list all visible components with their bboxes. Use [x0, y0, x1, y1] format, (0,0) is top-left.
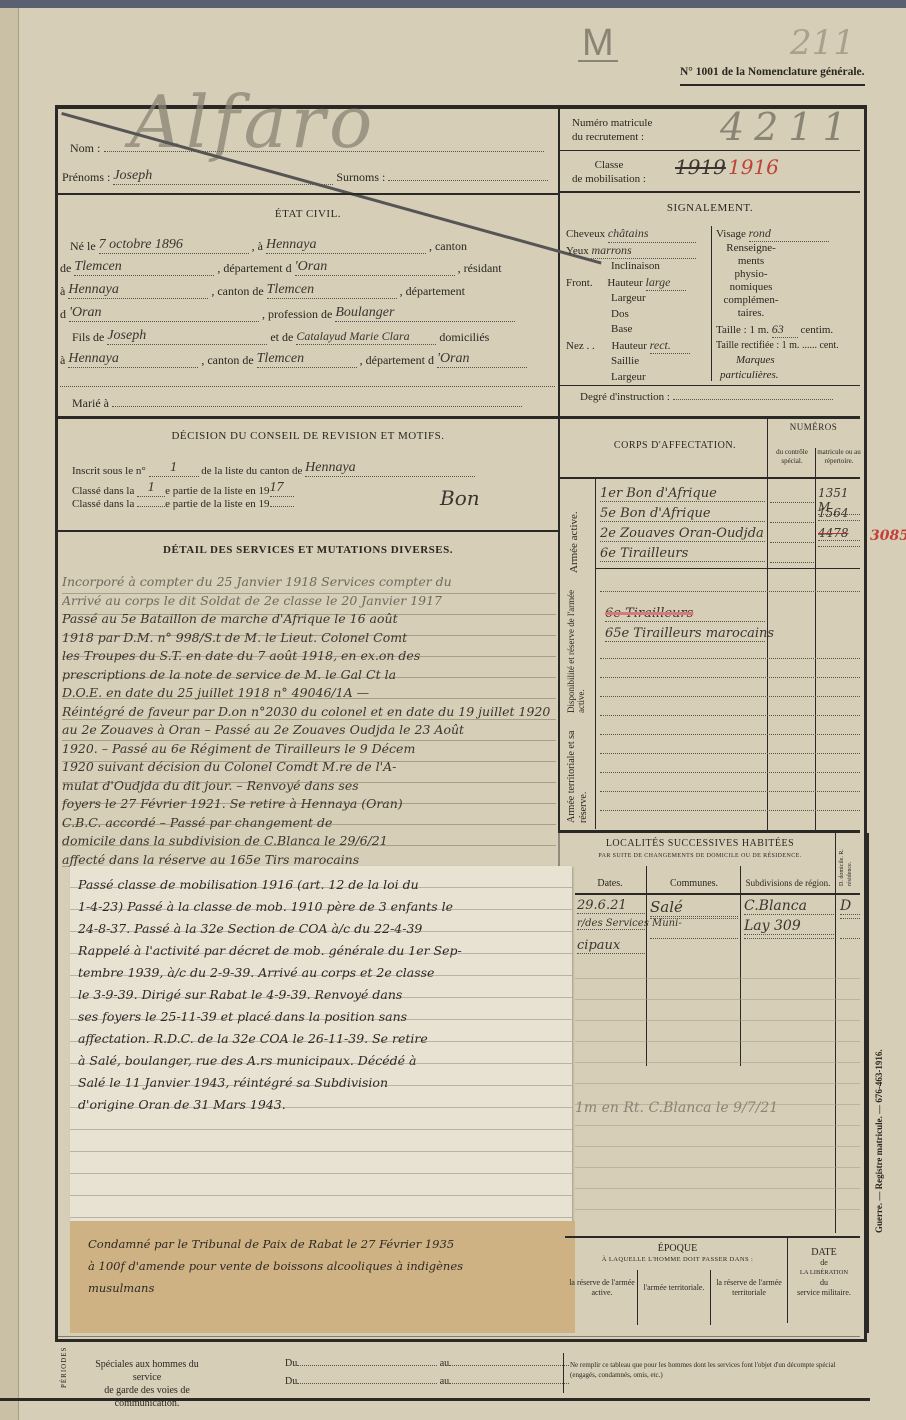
note-line: 1-4-23) Passé à la classe de mob. 1910 p… — [78, 896, 564, 918]
residence-dept-value: 'Oran — [69, 305, 259, 322]
a-label: , à — [252, 239, 263, 253]
corps-title: CORPS D'AFFECTATION. — [580, 440, 770, 451]
profession-value: Boulanger — [335, 305, 515, 322]
service-line: foyers le 27 Février 1921. Se retire à H… — [62, 795, 556, 814]
affectation-controle — [770, 522, 814, 523]
mother-value: Catalayud Marie Clara — [296, 329, 436, 345]
epoque-col-2 — [710, 1270, 711, 1325]
cheveux-label: Cheveux — [566, 228, 605, 240]
page-number: 211 — [790, 23, 855, 63]
localites-subtitle: PAR SUITE DE CHANGEMENTS DE DOMICILE OU … — [575, 853, 825, 859]
res-d-label: d — [60, 307, 66, 321]
date-sub1: de — [790, 1258, 858, 1268]
classe1-label: Classé dans la — [72, 485, 134, 497]
res-dept-label: , département — [400, 284, 465, 298]
col-dr: D. domicile. R. résidence. — [838, 836, 854, 886]
matricule-label: Numéro matricule du recrutement : — [572, 116, 652, 144]
cheveux-value: châtains — [608, 226, 696, 243]
footer-bottom-rule — [0, 1398, 870, 1401]
speciales-1: Spéciales aux hommes du service — [82, 1358, 212, 1384]
etat-civil-bottom-rule — [58, 416, 860, 419]
service-line: Arrivé au corps le dit Soldat de 2e clas… — [62, 592, 556, 611]
kraft-line: Condamné par le Tribunal de Paix de Raba… — [88, 1233, 557, 1255]
taille-unit: centim. — [801, 324, 834, 336]
dept-label: , département d — [217, 261, 291, 275]
note-line: Salé le 11 Janvier 1943, réintégré sa Su… — [78, 1072, 564, 1094]
affectation-bottom-rule — [560, 830, 860, 833]
matricule-value: 4211 — [720, 105, 857, 149]
yeux-value: marrons — [591, 243, 696, 260]
col-dates: Dates. — [575, 878, 645, 889]
localite-date: r/des Services Muni- — [577, 918, 645, 930]
front-inclinaison-label: Inclinaison — [611, 260, 660, 272]
nez-base-label: Base — [611, 323, 632, 335]
speciales-2: de garde des voies de communication. — [82, 1384, 212, 1410]
nomenclature-underline — [680, 84, 865, 86]
localite-date: 29.6.21 — [577, 898, 645, 914]
note-line: affectation. R.D.C. de la 32e COA le 26-… — [78, 1028, 564, 1050]
du-au-row-1: Du au — [285, 1358, 569, 1369]
epoque-col2: l'armée territoriale. — [640, 1283, 708, 1293]
service-line: domicile dans la subdivision de C.Blanca… — [62, 832, 556, 851]
localite-commune: Salé — [650, 898, 738, 917]
classe2-suffix: e partie de la liste en 19 — [165, 498, 269, 510]
nom-label-text: Nom : — [70, 141, 100, 155]
dom-a-label: à — [60, 353, 65, 367]
footer-note: Ne remplir ce tableau que pour les homme… — [570, 1360, 855, 1380]
affectation-matricule — [818, 546, 860, 547]
residence-row: à Hennaya , canton de Tlemcen , départem… — [60, 282, 465, 299]
matricule-label-2: du recrutement : — [572, 130, 652, 144]
marques-label-2: particulières. — [716, 368, 858, 383]
decision-bottom-rule — [58, 530, 558, 532]
au-label-1: au — [440, 1358, 449, 1369]
kraft-line: à 100f d'amende pour vente de boissons a… — [88, 1255, 557, 1277]
service-line: les Troupes du S.T. en date du 7 août 19… — [62, 647, 556, 666]
surnoms-label: Surnoms : — [336, 170, 385, 184]
service-line: prescriptions de la note de service de M… — [62, 666, 556, 685]
nez-dos-label: Dos — [611, 308, 629, 320]
signalement-left: Cheveux châtains Yeux marrons Inclinaiso… — [566, 226, 711, 385]
note-line: Rappelé à l'activité par décret de mob. … — [78, 940, 564, 962]
epoque-title: ÉPOQUE — [570, 1243, 785, 1254]
affectation-controle — [770, 542, 814, 543]
service-line: 1920 suivant décision du Colonel Comdt M… — [62, 758, 556, 777]
classe-label: Classe de mobilisation : — [572, 158, 646, 186]
matricule-label-1: Numéro matricule — [572, 116, 652, 130]
service-line: 1918 par D.M. n° 998/S.t de M. le Lieut.… — [62, 629, 556, 648]
canton-label: , canton — [429, 239, 467, 253]
domicile-canton-value: Tlemcen — [257, 351, 357, 368]
affectation-corps: 1er Bon d'Afrique — [600, 486, 765, 502]
note-line: 24-8-37. Passé à la 32e Section de COA à… — [78, 918, 564, 940]
front-hauteur-label: Hauteur — [595, 277, 642, 289]
epoque-col-1 — [637, 1270, 638, 1325]
classe-label-2: de mobilisation : — [572, 172, 646, 186]
affectation-corps: 6e Tirailleurs — [600, 546, 765, 562]
col-communes: Communes. — [648, 878, 740, 889]
dom-canton-label: , canton de — [201, 353, 253, 367]
taille-value: 63 — [772, 322, 798, 338]
service-line: C.B.C. accordé – Passé par changement de — [62, 814, 556, 833]
active-reserve-rule — [596, 568, 860, 569]
ne-le-label: Né le — [70, 239, 96, 253]
service-line: 1920. – Passé au 6e Régiment de Tiraille… — [62, 740, 556, 759]
localite-date: cipaux — [577, 938, 645, 954]
signalement-divider — [711, 226, 712, 381]
column-divider — [558, 108, 560, 833]
service-line: Incorporé à compter du 25 Janvier 1918 S… — [62, 573, 556, 592]
front-largeur-label: Largeur — [611, 292, 646, 304]
decision-title: DÉCISION DU CONSEIL DE REVISION ET MOTIF… — [58, 430, 558, 442]
parents-row: Fils de Joseph et de Catalayud Marie Cla… — [72, 328, 489, 345]
domicile-row: à Hennaya , canton de Tlemcen , départem… — [60, 351, 527, 368]
instruction-label: Degré d'instruction : — [580, 391, 670, 403]
nez-largeur-label: Largeur — [611, 371, 646, 383]
reserve-blank — [600, 591, 860, 592]
matricule-red: 3085 — [870, 528, 906, 544]
front-hauteur-value: large — [646, 275, 686, 292]
blank-line — [60, 386, 555, 387]
epoque-top-rule — [565, 1236, 860, 1238]
profession-label: , profession de — [262, 307, 332, 321]
signalement-right: Visage rond Renseigne- ments physio- nom… — [716, 226, 858, 383]
du-label-2: Du — [285, 1376, 297, 1387]
classe1-row: Classé dans la 1e partie de la liste en … — [72, 480, 294, 497]
side-print: Guerre. — Registre matricule. — 676-463-… — [874, 1049, 884, 1233]
localites-empty-rows — [575, 958, 860, 1228]
document-page: M 211 N° 1001 de la Nomenclature général… — [0, 8, 906, 1420]
instruction-rule — [560, 385, 860, 386]
date-sub4: service militaire. — [790, 1288, 858, 1298]
footer-divider — [563, 1353, 564, 1393]
localite-commune — [650, 938, 738, 939]
note-line: Passé classe de mobilisation 1916 (art. … — [78, 874, 564, 896]
canton-row: de Tlemcen , département d 'Oran , résid… — [60, 259, 502, 276]
reserve-corps: 65e Tirailleurs marocains — [605, 626, 765, 642]
date-sub2: LA LIBÉRATION — [790, 1268, 858, 1278]
signalement-title: SIGNALEMENT. — [560, 202, 860, 214]
birth-canton-value: Tlemcen — [74, 259, 214, 276]
affectation-corps: 2e Zouaves Oran-Oudjda — [600, 526, 765, 542]
classe-value-red: 1916 — [728, 155, 779, 179]
reserve-corps: 6e Tirailleurs — [605, 606, 765, 622]
service-line: Réintégré de faveur par D.on n°2030 du c… — [62, 703, 556, 722]
nom-label: Nom : — [70, 141, 544, 156]
visage-value: rond — [749, 226, 829, 242]
note-lines: Passé classe de mobilisation 1916 (art. … — [70, 866, 572, 1116]
service-line: mulat d'Oudjda du dit jour. – Renvoyé da… — [62, 777, 556, 796]
armee-active-label: Armée active. — [568, 511, 580, 573]
localite-subdivision: Lay 309 — [744, 918, 834, 935]
localites-title: LOCALITÉS SUCCESSIVES HABITÉES — [575, 838, 825, 849]
birth-date-value: 7 octobre 1896 — [99, 237, 249, 254]
territoriale-label: Armée territoriale et sa réserve. — [566, 713, 590, 823]
instruction-row: Degré d'instruction : — [580, 391, 833, 403]
classe1-year: 17 — [270, 480, 294, 497]
pasted-note: Passé classe de mobilisation 1916 (art. … — [70, 866, 572, 1223]
localite-dr — [840, 918, 860, 919]
profession-row: d 'Oran , profession de Boulanger — [60, 305, 515, 322]
ne-le-row: Né le 7 octobre 1896 , à Hennaya , canto… — [70, 237, 467, 254]
affectation-blank-row — [600, 772, 860, 773]
taille-label: Taille : 1 m. — [716, 324, 769, 336]
classe1-value: 1 — [137, 480, 165, 497]
decision-value: Bon — [440, 486, 480, 510]
kraft-lines: Condamné par le Tribunal de Paix de Raba… — [70, 1221, 575, 1311]
liste-canton-value: Hennaya — [305, 460, 475, 477]
date-liberation: DATE de LA LIBÉRATION du service militai… — [790, 1248, 858, 1298]
classe2-row: Classé dans la e partie de la liste en 1… — [72, 498, 294, 510]
col-controle: du contrôle spécial. — [770, 448, 814, 466]
renseignements-label: Renseigne- ments physio- nomiques complé… — [716, 242, 786, 320]
nez-hauteur-value: rect. — [650, 338, 690, 355]
classe1-suffix: e partie de la liste en 19 — [165, 485, 269, 497]
note-line: ses foyers le 25-11-39 et placé dans la … — [78, 1006, 564, 1028]
domicilies-label: domiciliés — [439, 330, 489, 344]
footer-top-rule — [58, 1336, 860, 1337]
inscrit-row: Inscrit sous le n° 1 de la liste du cant… — [72, 460, 475, 477]
col-subdivisions: Subdivisions de région. — [742, 878, 834, 888]
disponibilite-label: Disponibilité et réserve de l'armée acti… — [566, 583, 586, 713]
dom-dept-label: , département d — [360, 353, 434, 367]
localite-subdivision — [744, 938, 834, 939]
res-a-label: à — [60, 284, 65, 298]
domicile-dept-value: 'Oran — [437, 351, 527, 368]
periodes-label: PÉRIODES — [60, 1347, 68, 1388]
fils-label: Fils de — [72, 330, 104, 344]
classe-value-struck: 1919 — [675, 155, 726, 179]
affectation-side-col — [595, 479, 596, 829]
affectation-blank-row — [600, 810, 860, 811]
yeux-label: Yeux — [566, 245, 589, 257]
nomenclature-label: N° 1001 de la Nomenclature générale. — [680, 66, 865, 78]
nez-saillie-label: Saillie — [611, 355, 639, 367]
residence-canton-value: Tlemcen — [267, 282, 397, 299]
domicile-value: Hennaya — [68, 351, 198, 368]
nez-label: Nez . . — [566, 340, 595, 352]
affectation-col-1 — [767, 418, 768, 830]
localite-dr: D — [840, 898, 860, 915]
service-line: au 2e Zouaves à Oran – Passé au 2e Zouav… — [62, 721, 556, 740]
numeros-title: NUMÉROS — [767, 422, 860, 432]
services-title: DÉTAIL DES SERVICES ET MUTATIONS DIVERSE… — [58, 544, 558, 556]
localite-subdivision: C.Blanca — [744, 898, 834, 915]
speciales-label: Spéciales aux hommes du service de garde… — [82, 1358, 212, 1410]
localite-dr — [840, 938, 860, 939]
affectation-controle — [770, 562, 814, 563]
et-de-label: et de — [270, 330, 293, 344]
epoque-col1: la réserve de l'armée active. — [568, 1278, 636, 1298]
prenoms-label: Prénoms : — [62, 170, 110, 184]
epoque-date-divider — [787, 1238, 788, 1323]
affectation-blank-row — [600, 753, 860, 754]
marques-label-1: Marques — [716, 353, 858, 368]
du-au-row-2: Du au — [285, 1376, 569, 1387]
date-title: DATE — [790, 1248, 858, 1258]
classe2-label: Classé dans la — [72, 498, 134, 510]
taille-rect-unit: cent. — [819, 340, 838, 351]
visage-label: Visage — [716, 228, 746, 240]
note-line: d'origine Oran de 31 Mars 1943. — [78, 1094, 564, 1116]
du-label-1: Du — [285, 1358, 297, 1369]
nez-hauteur-label: Hauteur — [597, 340, 646, 352]
side-rule — [866, 833, 869, 1333]
service-line: Passé au 5e Bataillon de marche d'Afriqu… — [62, 610, 556, 629]
res-canton-label: , canton de — [211, 284, 263, 298]
affectation-blank-row — [600, 715, 860, 716]
note-line: tembre 1939, à/c du 2-9-39. Arrivé au co… — [78, 962, 564, 984]
stamp-letter: M — [578, 26, 618, 62]
residence-value: Hennaya — [68, 282, 208, 299]
liste-canton-label: de la liste du canton de — [201, 465, 302, 477]
father-value: Joseph — [107, 328, 267, 345]
services-lines: Incorporé à compter du 25 Janvier 1918 S… — [62, 573, 556, 869]
localites-header-rule — [575, 893, 860, 895]
de-label: de — [60, 261, 71, 275]
affectation-controle — [770, 502, 814, 503]
localite-commune — [650, 918, 738, 919]
matricule-rule — [560, 150, 860, 151]
identity-bottom-rule — [58, 193, 558, 195]
front-label: Front. — [566, 277, 593, 289]
affectation-corps: 5e Bon d'Afrique — [600, 506, 765, 522]
affectation-blank-row — [600, 677, 860, 678]
note-line: le 3-9-39. Dirigé sur Rabat le 4-9-39. R… — [78, 984, 564, 1006]
epoque-col3: la réserve de l'armée territoriale — [712, 1278, 786, 1298]
localites-pencil-note: 1m en Rt. C.Blanca le 9/7/21 — [575, 1100, 778, 1116]
affectation-blank-row — [600, 658, 860, 659]
residant-label: , résidant — [458, 261, 502, 275]
birth-dept-value: 'Oran — [295, 259, 455, 276]
note-line: à Salé, boulanger, rue des A.rs municipa… — [78, 1050, 564, 1072]
service-line: D.O.E. en date du 25 juillet 1918 n° 490… — [62, 684, 556, 703]
marie-row: Marié à — [72, 396, 522, 411]
etat-civil-title: ÉTAT CIVIL. — [58, 208, 558, 220]
au-label-2: au — [440, 1376, 449, 1387]
kraft-line: musulmans — [88, 1277, 557, 1299]
marie-label: Marié à — [72, 396, 109, 410]
kraft-note: Condamné par le Tribunal de Paix de Raba… — [70, 1221, 575, 1333]
date-sub3: du — [790, 1278, 858, 1288]
affectation-header-rule — [560, 477, 860, 479]
affectation-matricule: 4478 — [818, 526, 860, 541]
col-matricule: matricule ou au répertoire. — [817, 448, 861, 466]
inscrit-value: 1 — [149, 460, 199, 477]
birth-place-value: Hennaya — [266, 237, 426, 254]
affectation-blank-row — [600, 696, 860, 697]
epoque-subtitle: À LAQUELLE L'HOMME DOIT PASSER DANS : — [570, 1256, 785, 1263]
services-text: Incorporé à compter du 25 Janvier 1918 S… — [62, 573, 556, 869]
inscrit-label: Inscrit sous le n° — [72, 465, 146, 477]
classe-label-1: Classe — [572, 158, 646, 172]
taille-rect-label: Taille rectifiée : 1 m. — [716, 340, 799, 351]
classe-rule — [560, 191, 860, 193]
prenoms-value: Joseph — [113, 168, 333, 185]
affectation-matricule: 1564 — [818, 506, 860, 521]
affectation-blank-row — [600, 734, 860, 735]
affectation-blank-row — [600, 791, 860, 792]
